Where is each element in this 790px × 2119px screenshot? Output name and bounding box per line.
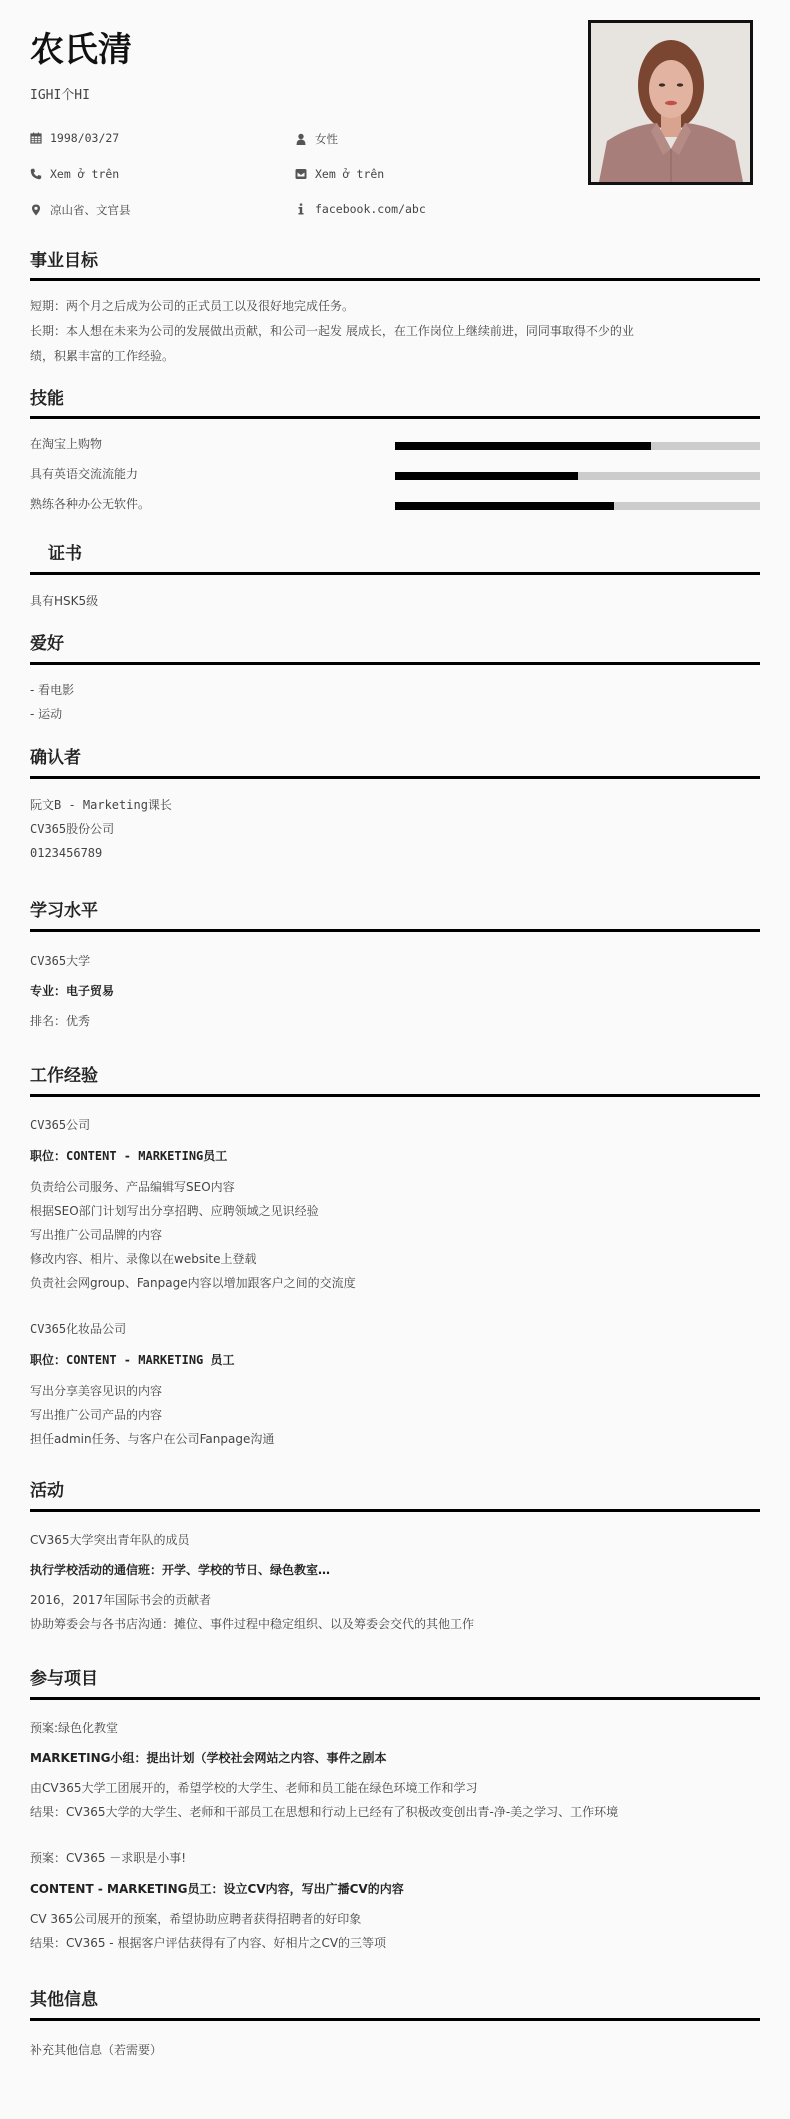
info-birthdate: 1998/03/27 — [30, 131, 119, 145]
reference-name: 阮文B - Marketing课长 — [30, 797, 172, 813]
job-duty: 负责给公司服务、产品编辑写SEO内容 — [30, 1179, 235, 1195]
section-title-skills: 技能 — [30, 388, 64, 410]
activity-role: 执行学校活动的通信班：开学、学校的节日、绿色教室… — [30, 1562, 330, 1578]
activity-detail: 协助筹委会与各书店沟通：摊位、事件过程中稳定组织、以及筹委会交代的其他工作 — [30, 1616, 474, 1632]
job-company: CV365化妆品公司 — [30, 1321, 126, 1337]
job-duty: 修改内容、相片、录像以在website上登载 — [30, 1251, 257, 1267]
education-rank: 排名：优秀 — [30, 1013, 90, 1029]
section-title-references: 确认者 — [30, 747, 81, 769]
project-role: MARKETING小组：提出计划（学校社会网站之内容、事件之剧本 — [30, 1750, 387, 1766]
job-duty: 根据SEO部门计划写出分享招聘、应聘领域之见识经验 — [30, 1203, 319, 1219]
education-school: CV365大学 — [30, 953, 90, 969]
section-title-activities: 活动 — [30, 1480, 64, 1502]
project-detail: 结果：CV365大学的大学生、老师和干部员工在思想和行动上已经有了积极改变创出青… — [30, 1804, 618, 1820]
section-divider — [30, 929, 760, 932]
hobby-item: - 看电影 — [30, 682, 74, 698]
info-phone: Xem ở trên — [30, 167, 119, 181]
skill-bar — [395, 472, 760, 480]
skill-bar-fill — [395, 442, 651, 450]
section-divider — [30, 572, 760, 575]
project-detail: 由CV365大学工团展开的，希望学校的大学生、老师和员工能在绿色环境工作和学习 — [30, 1780, 478, 1796]
section-divider — [30, 776, 760, 779]
info-gender: 女性 — [295, 131, 338, 147]
certificate-item: 具有HSK5级 — [30, 593, 98, 609]
section-divider — [30, 2018, 760, 2021]
candidate-subtitle: IGHI个HI — [30, 84, 90, 103]
section-title-other: 其他信息 — [30, 1989, 98, 2011]
skill-bar — [395, 502, 760, 510]
job-duty: 写出分享美容见识的内容 — [30, 1383, 162, 1399]
job-duty: 负责社会网group、Fanpage内容以增加跟客户之间的交流度 — [30, 1275, 356, 1291]
project-detail: CV 365公司展开的预案，希望协助应聘者获得招聘者的好印象 — [30, 1911, 361, 1927]
gender-text: 女性 — [315, 131, 338, 147]
objective-long-term: 长期：本人想在未来为公司的发展做出贡献，和公司一起发 展成长，在工作岗位上继续前… — [30, 323, 634, 339]
address-text: 凉山省、文官县 — [50, 202, 131, 218]
section-title-education: 学习水平 — [30, 900, 98, 922]
skill-bar-fill — [395, 472, 578, 480]
portrait-image — [591, 23, 750, 182]
email-text: Xem ở trên — [315, 167, 384, 181]
info-website: facebook.com/abc — [295, 202, 426, 216]
skill-label: 具有英语交流流能力 — [30, 466, 138, 482]
section-title-projects: 参与项目 — [30, 1668, 98, 1690]
user-icon — [295, 133, 307, 145]
profile-photo — [588, 20, 753, 185]
section-divider — [30, 1697, 760, 1700]
job-duty: 担任admin任务、与客户在公司Fanpage沟通 — [30, 1431, 274, 1447]
section-title-hobbies: 爱好 — [30, 633, 64, 655]
activity-detail: 2016，2017年国际书会的贡献者 — [30, 1592, 211, 1608]
objective-long-term-cont: 绩，积累丰富的工作经验。 — [30, 348, 174, 364]
map-marker-icon — [30, 204, 42, 216]
project-detail: 结果：CV365 - 根据客户评估获得有了内容、好相片之CV的三等项 — [30, 1935, 386, 1951]
info-email: Xem ở trên — [295, 167, 384, 181]
section-divider — [30, 1509, 760, 1512]
project-role: CONTENT - MARKETING员工：设立CV内容，写出广播CV的内容 — [30, 1881, 404, 1897]
hobby-item: - 运动 — [30, 706, 62, 722]
skill-bar — [395, 442, 760, 450]
section-divider — [30, 1094, 760, 1097]
job-company: CV365公司 — [30, 1117, 90, 1133]
info-icon — [295, 203, 307, 215]
other-info: 补充其他信息（若需要） — [30, 2042, 162, 2058]
reference-phone: 0123456789 — [30, 845, 102, 861]
objective-short-term: 短期：两个月之后成为公司的正式员工以及很好地完成任务。 — [30, 298, 354, 314]
project-name: 预案：CV365 －求职是小事! — [30, 1850, 186, 1866]
section-title-certificates: 证书 — [48, 543, 82, 565]
job-position: 职位：CONTENT - MARKETING员工 — [30, 1148, 227, 1164]
calendar-icon — [30, 132, 42, 144]
section-divider — [30, 278, 760, 281]
section-title-objective: 事业目标 — [30, 250, 98, 272]
activity-org: CV365大学突出青年队的成员 — [30, 1532, 190, 1548]
info-address: 凉山省、文官县 — [30, 202, 131, 218]
candidate-name: 农氏清 — [30, 28, 132, 72]
job-duty: 写出推广公司品牌的内容 — [30, 1227, 162, 1243]
phone-icon — [30, 168, 42, 180]
section-title-experience: 工作经验 — [30, 1065, 98, 1087]
skill-bar-fill — [395, 502, 614, 510]
reference-company: CV365股份公司 — [30, 821, 114, 837]
website-link[interactable]: facebook.com/abc — [315, 202, 426, 216]
project-name: 预案:绿色化教堂 — [30, 1720, 118, 1736]
section-divider — [30, 416, 760, 419]
section-divider — [30, 662, 760, 665]
job-position: 职位：CONTENT - MARKETING 员工 — [30, 1352, 235, 1368]
education-major: 专业：电子贸易 — [30, 983, 114, 999]
envelope-icon — [295, 168, 307, 180]
skill-label: 在淘宝上购物 — [30, 436, 102, 452]
job-duty: 写出推广公司产品的内容 — [30, 1407, 162, 1423]
phone-text: Xem ở trên — [50, 167, 119, 181]
birthdate-text: 1998/03/27 — [50, 131, 119, 145]
skill-label: 熟练各种办公无软件。 — [30, 496, 150, 512]
